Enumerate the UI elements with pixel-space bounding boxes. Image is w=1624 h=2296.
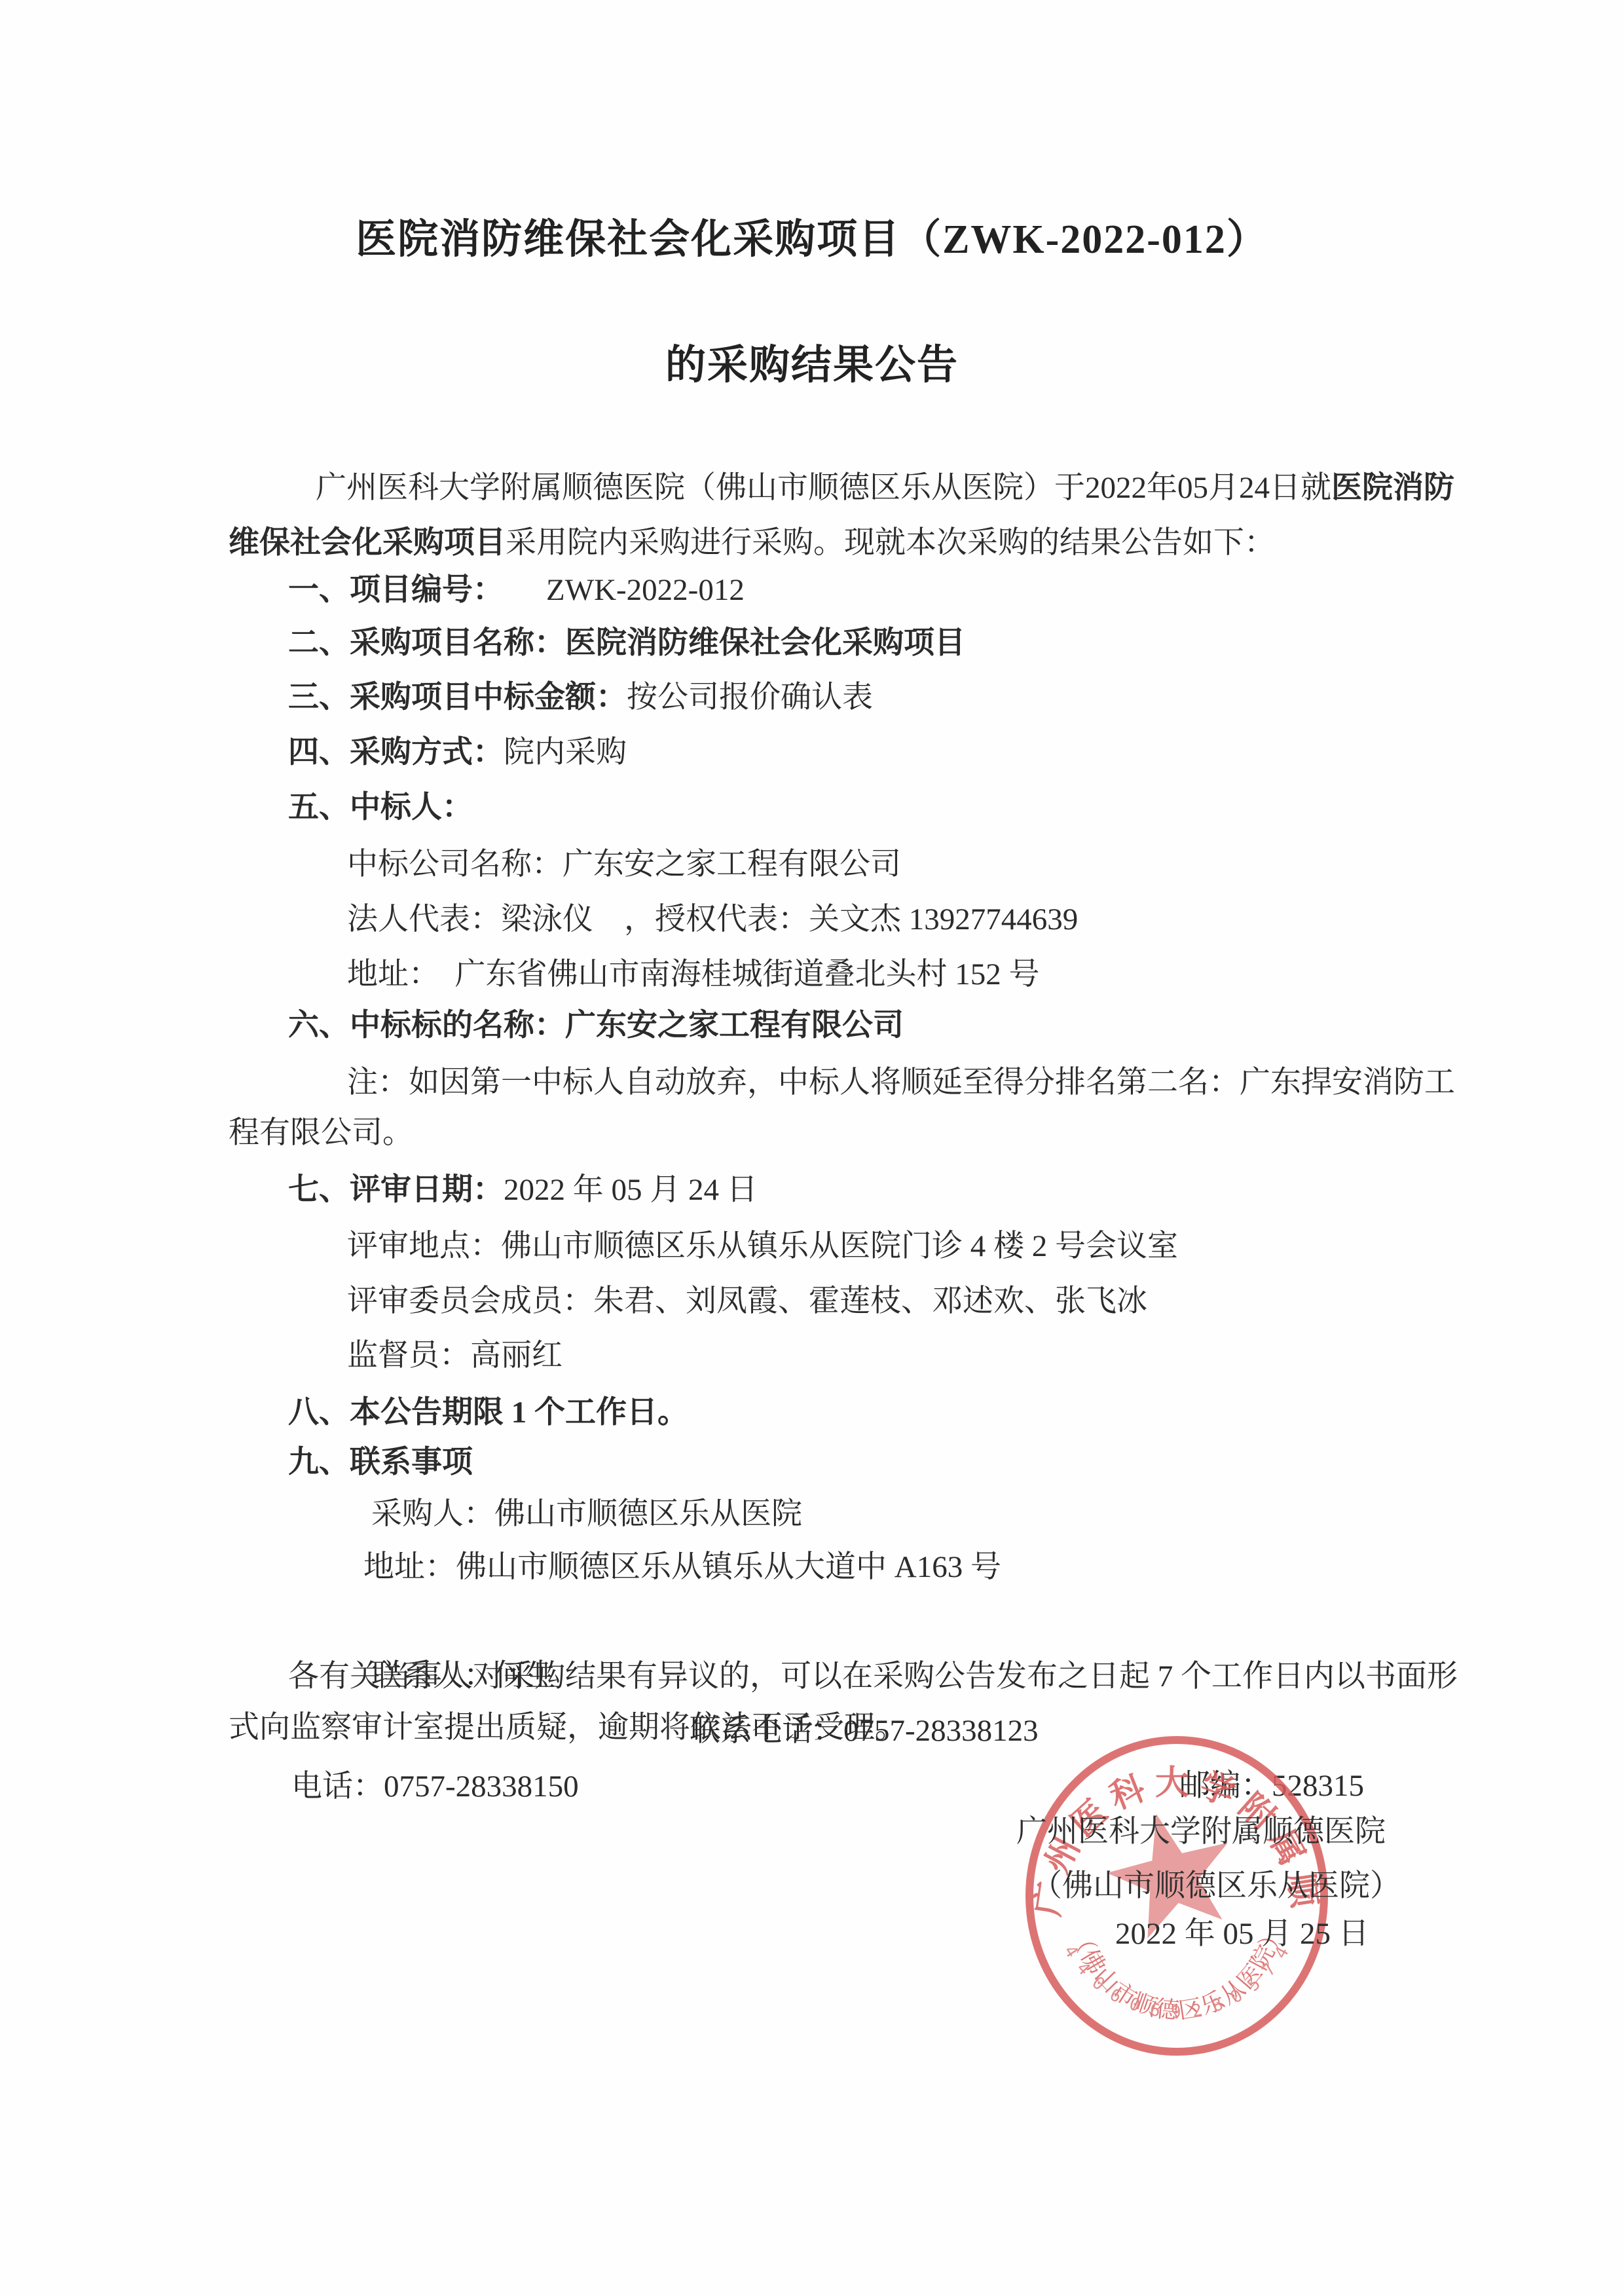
buyer-address: 地址：佛山市顺德区乐从镇乐从大道中 A163 号 xyxy=(363,1540,1001,1595)
item-project-number: 一、项目编号：ZWK-2022-012 xyxy=(288,563,745,618)
item2-label: 二、采购项目名称： xyxy=(288,626,565,660)
note-line1: 注：如因第一中标人自动放弃，中标人将顺延至得分排名第二名：广东捍安消防工 xyxy=(347,1055,1455,1110)
item-award-amount: 三、采购项目中标金额：按公司报价确认表 xyxy=(288,670,873,725)
intro-bold-project-name-part2: 维保社会化采购项目 xyxy=(229,526,506,560)
item-review-date: 七、评审日期：2022 年 05 月 24 日 xyxy=(288,1162,758,1217)
announcement-document-page: 医院消防维保社会化采购项目（ZWK-2022-012） 的采购结果公告 广州医科… xyxy=(0,0,1624,2296)
signature-org-line1: 广州医科大学附属顺德医院 xyxy=(1016,1804,1386,1859)
item1-label: 一、项目编号： xyxy=(288,573,504,607)
item7-label: 七、评审日期： xyxy=(288,1173,504,1207)
winning-company-address: 地址： 广东省佛山市南海桂城街道叠北头村 152 号 xyxy=(347,947,1040,1002)
item4-value: 院内采购 xyxy=(504,735,627,769)
item7-value: 2022 年 05 月 24 日 xyxy=(504,1173,758,1207)
intro-text: 广州医科大学附属顺德医院（佛山市顺德区乐从医院）于2022年05月24日就 xyxy=(316,471,1331,505)
signature-org-line2: （佛山市顺德区乐从医院） xyxy=(1031,1859,1401,1914)
intro-text-continued: 采用院内采购进行采购。现就本次采购的结果公告如下： xyxy=(506,526,1275,560)
supervisor: 监督员：高丽红 xyxy=(347,1328,563,1383)
item1-value: ZWK-2022-012 xyxy=(546,573,745,607)
review-place: 评审地点：佛山市顺德区乐从镇乐从医院门诊 4 楼 2 号会议室 xyxy=(347,1219,1178,1274)
intro-paragraph-line1: 广州医科大学附属顺德医院（佛山市顺德区乐从医院）于2022年05月24日就医院消… xyxy=(316,460,1454,515)
item3-label: 三、采购项目中标金额： xyxy=(288,680,627,714)
item-winning-bid-name: 六、中标标的名称：广东安之家工程有限公司 xyxy=(288,998,904,1053)
item-contact-matters-heading: 九、联系事项 xyxy=(288,1435,473,1490)
item-winning-bidder-heading: 五、中标人： xyxy=(288,780,473,835)
objection-paragraph-line1: 各有关当事人对采购结果有异议的，可以在采购公告发布之日起 7 个工作日内以书面形 xyxy=(288,1649,1458,1704)
legal-representative: 法人代表：梁泳仪 ，授权代表：关文杰 13927744639 xyxy=(347,892,1078,947)
audit-office-phone: 电话：0757-28338150 xyxy=(291,1759,579,1814)
item-announcement-period: 八、本公告期限 1 个工作日。 xyxy=(288,1385,688,1440)
document-title-line2: 的采购结果公告 xyxy=(0,333,1624,398)
review-committee: 评审委员会成员：朱君、刘凤霞、霍莲枝、邓述欢、张飞冰 xyxy=(347,1274,1147,1329)
objection-paragraph-line2: 式向监察审计室提出质疑，逾期将依法不予受理。 xyxy=(229,1700,906,1755)
note-line2: 程有限公司。 xyxy=(229,1105,413,1160)
winning-company-name: 中标公司名称：广东安之家工程有限公司 xyxy=(347,837,901,892)
item-procurement-method: 四、采购方式：院内采购 xyxy=(288,725,627,780)
intro-bold-project-name-part1: 医院消防 xyxy=(1331,471,1454,505)
signature-date: 2022 年 05 月 25 日 xyxy=(1115,1906,1369,1961)
document-title-line1: 医院消防维保社会化采购项目（ZWK-2022-012） xyxy=(0,207,1624,272)
item4-label: 四、采购方式： xyxy=(288,735,504,769)
item2-value: 医院消防维保社会化采购项目 xyxy=(565,626,965,660)
item-project-name: 二、采购项目名称：医院消防维保社会化采购项目 xyxy=(288,616,965,671)
item3-value: 按公司报价确认表 xyxy=(627,680,873,714)
buyer-name: 采购人：佛山市顺德区乐从医院 xyxy=(371,1487,802,1542)
contact-row: 联系人：何生 联系电话：0757-28338123 邮编：528315 xyxy=(0,1593,1624,1648)
